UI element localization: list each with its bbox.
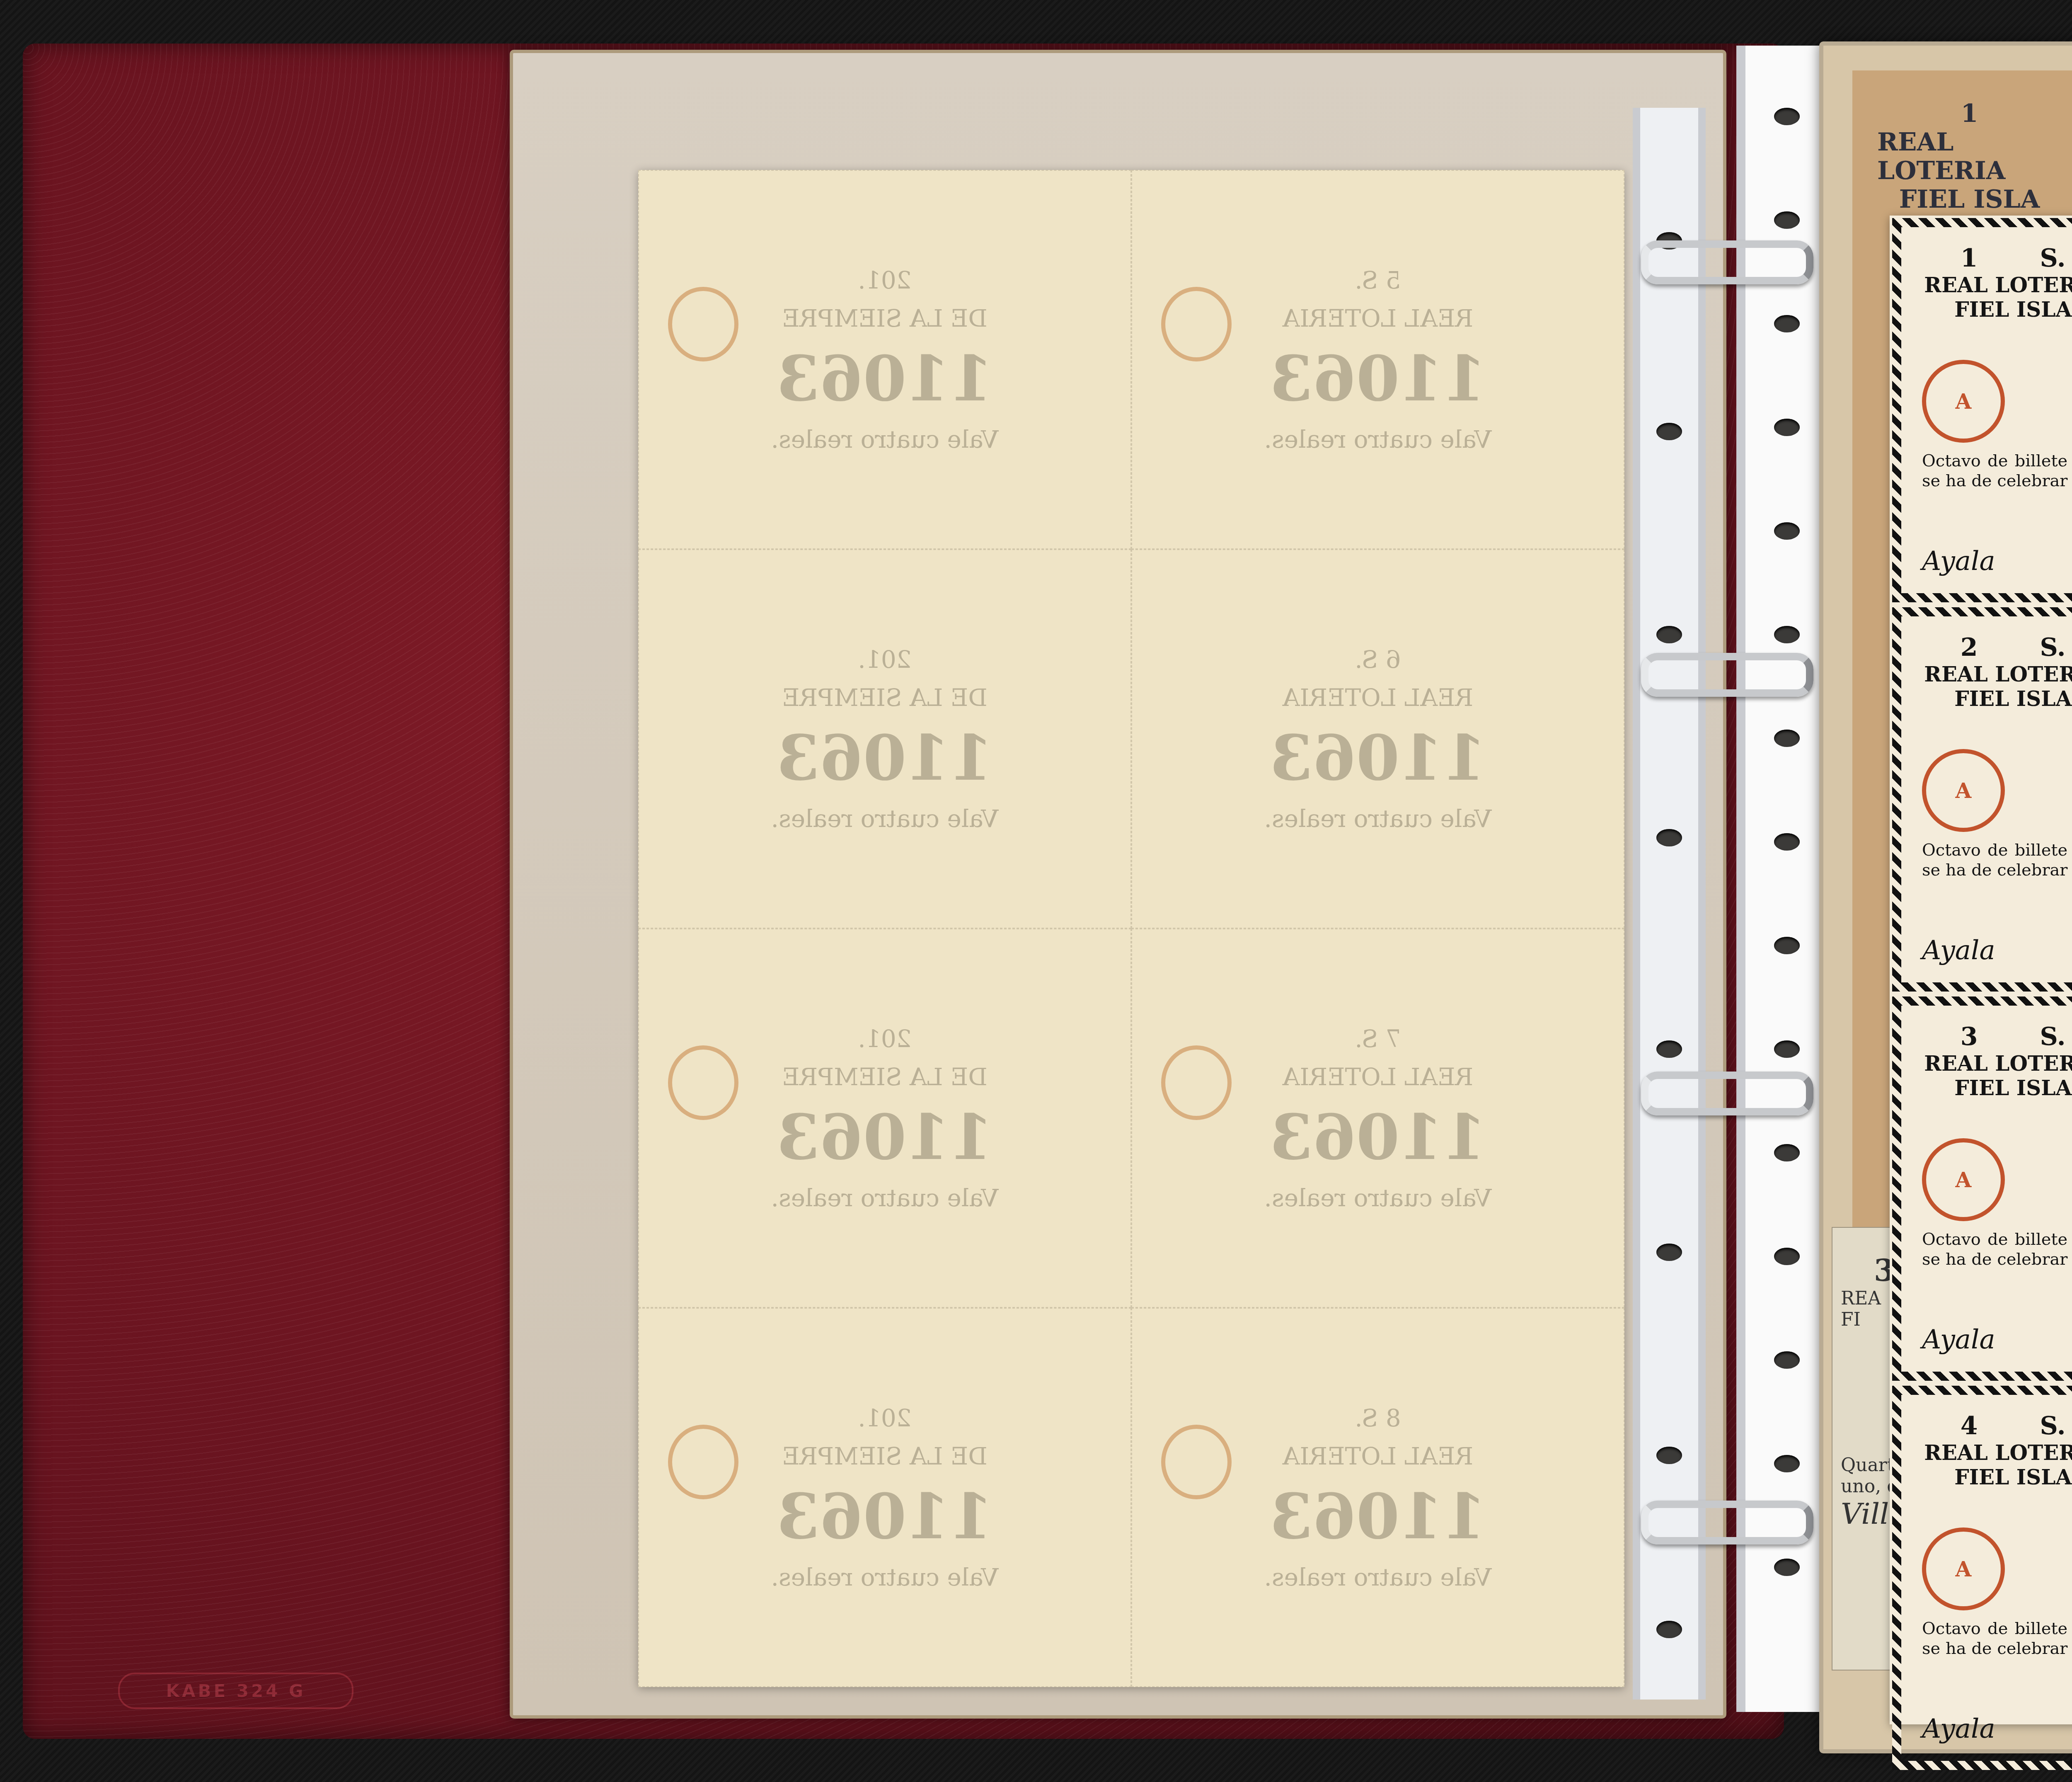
series-number: 1 <box>1961 99 1978 128</box>
red-seal-icon: A <box>1922 360 2005 443</box>
ticket-line: REAL LOTERIA <box>1283 304 1473 332</box>
ticket-number: 11063 <box>777 342 993 415</box>
red-seal-icon <box>1161 287 1232 361</box>
value-text: Vale cuatro reales. <box>1922 886 2072 905</box>
ticket-line: FIEL ISLA <box>1954 1465 2072 1489</box>
ticket-line: REAL LOTERIA <box>1283 1442 1473 1470</box>
punch-hole <box>1774 1559 1800 1576</box>
series-label: 5 S. <box>1355 266 1401 294</box>
value-text: Vale cuatro reales. <box>1264 1184 1492 1212</box>
draw-number: 201. <box>858 645 911 674</box>
punch-hole <box>1774 108 1800 125</box>
reversed-ticket: 201.DE LA SIEMPRE11063Vale cuatro reales… <box>638 1308 1131 1687</box>
punch-hole <box>1656 1621 1682 1638</box>
reversed-ticket: 7 S.REAL LOTERIA11063Vale cuatro reales. <box>1131 929 1624 1308</box>
ticket-line: REAL LOTERIA <box>1924 273 2072 297</box>
binder-ring[interactable] <box>1641 240 1813 284</box>
ticket-line: REAL LOTERIA <box>1924 662 2072 686</box>
series-label: 6 S. <box>1355 645 1401 674</box>
punch-hole <box>1774 522 1800 540</box>
punch-hole <box>1774 1351 1800 1369</box>
signature: Ayala <box>1922 935 1995 966</box>
ticket-number: 11063 <box>1270 1101 1486 1174</box>
series-label: 8 S. <box>1355 1404 1401 1432</box>
ticket-line: DE LA SIEMPRE <box>782 304 988 332</box>
ticket-line: FIEL ISLA <box>1954 686 2072 711</box>
front-ticket-sheet: 1S.REAL LOTERIAFIEL ISLA202.DE LA SIEMPR… <box>1890 216 2072 1724</box>
lottery-ticket: 2S.REAL LOTERIAFIEL ISLA202.DE LA SIEMPR… <box>1892 607 2072 992</box>
value-text: Vale cuatro reales. <box>771 425 999 453</box>
series-number: 2 <box>1961 633 1978 662</box>
reversed-ticket: 6 S.REAL LOTERIA11063Vale cuatro reales. <box>1131 549 1624 929</box>
series-number: 1 <box>1961 244 1978 273</box>
ticket-line: FIEL ISLA <box>1954 1076 2072 1100</box>
punch-hole <box>1774 730 1800 747</box>
ticket-line: REAL LOTERIA <box>1924 1440 2072 1465</box>
ticket-number: 11063 <box>777 722 993 795</box>
reversed-ticket-sheet: 201.DE LA SIEMPRE11063Vale cuatro reales… <box>638 170 1624 1687</box>
signature: Ayala <box>1922 546 1995 577</box>
value-text: Vale cuatro reales. <box>771 1184 999 1212</box>
red-seal-icon: A <box>1922 1138 2005 1221</box>
red-seal-icon <box>668 287 738 361</box>
punch-hole <box>1656 1040 1682 1058</box>
binder-ring[interactable] <box>1641 1072 1813 1115</box>
value-text: Vale cuatro reales. <box>1922 1664 2072 1683</box>
reversed-ticket-grid: 201.DE LA SIEMPRE11063Vale cuatro reales… <box>638 170 1624 1687</box>
ticket-line: DE LA SIEMPRE <box>782 1063 988 1091</box>
lottery-ticket: 1S.REAL LOTERIAFIEL ISLA202.DE LA SIEMPR… <box>1892 218 2072 602</box>
punch-hole <box>1774 1144 1800 1161</box>
punch-hole <box>1774 626 1800 643</box>
ticket-description: Octavo de billete para el sorteo doscien… <box>1922 451 2072 491</box>
punch-hole <box>1656 1447 1682 1464</box>
punch-hole <box>1774 937 1800 954</box>
punch-hole <box>1656 1244 1682 1261</box>
left-punched-strip <box>1633 108 1706 1700</box>
red-seal-icon: A <box>1922 1527 2005 1610</box>
ticket-description: Octavo de billete para el sorteo doscien… <box>1922 840 2072 880</box>
ticket-number: 11063 <box>1270 722 1486 795</box>
red-seal-icon <box>668 1425 738 1499</box>
punch-hole <box>1656 626 1682 643</box>
ticket-description: Octavo de billete para el sorteo doscien… <box>1922 1619 2072 1658</box>
ticket-number: 11063 <box>777 1480 993 1553</box>
series-label: S. <box>2040 1022 2066 1051</box>
punch-hole <box>1774 1040 1800 1058</box>
lottery-ticket: 3S.REAL LOTERIAFIEL ISLA202.DE LA SIEMPR… <box>1892 996 2072 1381</box>
punch-hole <box>1774 315 1800 332</box>
series-label: S. <box>2040 244 2066 273</box>
signature: Ayala <box>1922 1324 1995 1355</box>
reversed-ticket: 5 S.REAL LOTERIA11063Vale cuatro reales. <box>1131 170 1624 549</box>
draw-number: 201. <box>858 1404 911 1432</box>
value-text: Vale cuatro reales. <box>1922 497 2072 516</box>
ticket-number: 11063 <box>777 1101 993 1174</box>
ticket-line: REAL LOTERIA <box>1283 684 1473 712</box>
series-label: S. <box>2040 633 2066 662</box>
red-seal-icon <box>668 1045 738 1120</box>
cover-embossed-logo: KABE 324 G <box>118 1673 353 1709</box>
signature: Ayala <box>1922 1714 1995 1744</box>
series-number: 4 <box>1961 1411 1978 1440</box>
ticket-description: Octavo de billete para el sorteo doscien… <box>1922 1229 2072 1269</box>
ticket-number: 11063 <box>1270 1480 1486 1553</box>
ticket-number: 11063 <box>1270 342 1486 415</box>
punch-hole <box>1656 829 1682 846</box>
value-text: Vale cuatro reales. <box>1264 805 1492 833</box>
value-text: Vale cuatro reales. <box>1264 1563 1492 1591</box>
series-label: S. <box>2040 1411 2066 1440</box>
ticket-line: REAL LOTERIA <box>1877 128 2062 185</box>
binder-ring[interactable] <box>1641 653 1813 697</box>
punch-hole <box>1774 419 1800 436</box>
ticket-line: FIEL ISLA <box>1954 297 2072 322</box>
reversed-ticket: 201.DE LA SIEMPRE11063Vale cuatro reales… <box>638 170 1131 549</box>
ticket-line: REAL LOTERIA <box>1283 1063 1473 1091</box>
value-text: Vale cuatro reales. <box>1922 1275 2072 1294</box>
punch-hole <box>1774 211 1800 229</box>
red-seal-icon <box>1161 1045 1232 1120</box>
punch-hole <box>1774 1455 1800 1472</box>
reversed-ticket: 201.DE LA SIEMPRE11063Vale cuatro reales… <box>638 929 1131 1308</box>
red-seal-icon: A <box>1922 749 2005 832</box>
punch-hole <box>1774 1248 1800 1265</box>
binder-ring[interactable] <box>1641 1501 1813 1544</box>
draw-number: 201. <box>858 266 911 294</box>
ticket-line: DE LA SIEMPRE <box>782 684 988 712</box>
reversed-ticket: 8 S.REAL LOTERIA11063Vale cuatro reales. <box>1131 1308 1624 1687</box>
series-number: 3 <box>1961 1022 1978 1051</box>
ticket-line: REAL LOTERIA <box>1924 1051 2072 1076</box>
draw-number: 201. <box>858 1025 911 1053</box>
punch-hole <box>1774 833 1800 851</box>
value-text: Vale cuatro reales. <box>771 805 999 833</box>
red-seal-icon <box>1161 1425 1232 1499</box>
series-label: 7 S. <box>1355 1025 1401 1053</box>
value-text: Vale cuatro reales. <box>1264 425 1492 453</box>
lottery-ticket: 4S.REAL LOTERIAFIEL ISLA202.DE LA SIEMPR… <box>1892 1386 2072 1770</box>
punch-hole <box>1656 423 1682 440</box>
ticket-line: FIEL ISLA <box>1899 185 2040 214</box>
value-text: Vale cuatro reales. <box>771 1563 999 1591</box>
ticket-line: DE LA SIEMPRE <box>782 1442 988 1470</box>
reversed-ticket: 201.DE LA SIEMPRE11063Vale cuatro reales… <box>638 549 1131 929</box>
